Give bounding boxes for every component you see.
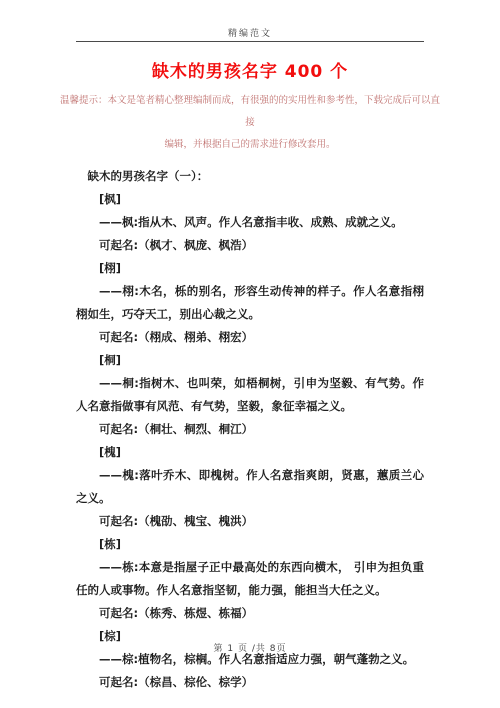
section-heading: 缺木的男孩名字（一）： (76, 165, 424, 188)
header-text: 精编范文 (228, 29, 272, 39)
name-desc-xu: ——栩:木名，栎的别名，形容生动传神的样子。作人名意指栩栩如生，巧夺天工，别出心… (76, 280, 424, 326)
name-desc-huai: ——槐:落叶乔木、即槐树。作人名意指爽朗，贤惠，蕙质兰心之义。 (76, 464, 424, 510)
name-options-tong: 可起名:（桐壮、桐烈、桐江） (76, 418, 424, 441)
name-options-huai: 可起名:（槐劭、槐宝、槐洪） (76, 510, 424, 533)
page-header: 精编范文 (0, 0, 500, 42)
notice-block: 温馨提示：本文是笔者精心整理编制而成，有很强的的实用性和参考性，下载完成后可以直… (60, 90, 440, 156)
name-desc-tong: ——桐:指树木、也叫荣，如梧桐树，引申为坚毅、有气势。作人名意指做事有风范、有气… (76, 372, 424, 418)
notice-line-1: 温馨提示：本文是笔者精心整理编制而成，有很强的的实用性和参考性，下载完成后可以直… (60, 90, 440, 134)
name-tag-xu: [栩] (76, 257, 424, 280)
name-desc-dong: ——栋:本意是指屋子正中最高处的东西向横木， 引申为担负重任的人或事物。作人名意… (76, 556, 424, 602)
notice-line-2: 编辑，并根据自己的需求进行修改套用。 (60, 134, 440, 156)
page-footer: 第 1 页 /共 8页 (0, 641, 500, 654)
name-options-zong: 可起名:（棕昌、棕伦、棕学） (76, 671, 424, 694)
document-body: 缺木的男孩名字（一）： [枫] ——枫:指从木、风声。作人名意指丰收、成熟、成就… (76, 165, 424, 694)
name-tag-dong: [栋] (76, 533, 424, 556)
name-tag-huai: [槐] (76, 441, 424, 464)
document-page: 精编范文 缺木的男孩名字 400 个 温馨提示：本文是笔者精心整理编制而成，有很… (0, 0, 500, 708)
document-title: 缺木的男孩名字 400 个 (0, 57, 500, 82)
header-rule: 精编范文 (76, 26, 424, 42)
name-options-dong: 可起名:（栋秀、栋煜、栋福） (76, 602, 424, 625)
name-desc-feng: ——枫:指从木、风声。作人名意指丰收、成熟、成就之义。 (76, 211, 424, 234)
name-options-feng: 可起名:（枫才、枫庞、枫浩） (76, 234, 424, 257)
name-tag-feng: [枫] (76, 188, 424, 211)
name-options-xu: 可起名:（栩成、栩弟、栩宏） (76, 326, 424, 349)
name-tag-tong: [桐] (76, 349, 424, 372)
